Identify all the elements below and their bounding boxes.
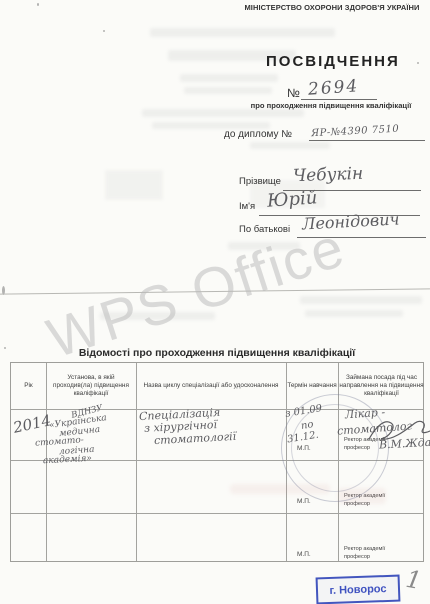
firstname-label: Ім'я [239,201,255,212]
certificate-number-value: 2694 [307,76,360,100]
rector-signature-flourish [363,415,430,443]
bleed-through-text [305,310,403,317]
certificate-subtitle: про проходження підвищення кваліфікації [236,101,426,110]
bleed-through-text [142,109,304,117]
header-course: Назва циклу спеціалізації або удосконале… [136,363,286,409]
row2-seal-label: М.П. [297,498,311,505]
scan-speck [37,3,39,6]
scan-speck [417,62,419,64]
table-title: Відомості про проходження підвищення ква… [15,347,419,359]
bleed-through-text [180,74,278,82]
scan-speck [4,347,6,349]
certificate-number-label: № [287,86,300,100]
surname-value: Чебукін [293,164,364,186]
bleed-through-text [152,122,270,129]
number-underline [301,99,377,100]
city-rectangular-stamp: г. Новорос [316,575,401,604]
patronymic-value: Леонідович [302,209,400,233]
diploma-number-value: ЯР-№4390 7510 [311,124,400,140]
signer-line: Ректор академії [344,546,406,554]
row1-institution-line: академія» [43,454,92,467]
firstname-value: Юрій [266,187,318,211]
patronymic-label: По батькові [239,224,290,235]
row3-seal-label: М.П. [297,551,311,558]
bleed-through-text [228,242,300,250]
diploma-label: до диплому № [224,129,292,140]
fold-line [0,288,430,294]
bleed-through-text [100,312,215,320]
ministry-heading: МІНІСТЕРСТВО ОХОРОНИ ЗДОРОВ'Я УКРАЇНИ [237,3,427,12]
diploma-underline [309,140,425,141]
bleed-through-text [300,296,422,304]
patronymic-underline [297,237,426,238]
bleed-through-text [105,170,163,200]
bleed-through-text [150,28,335,37]
header-year: Рік [11,363,46,409]
signer-line: професор [344,554,406,562]
wps-office-watermark: WPS Office [39,176,430,371]
certificate-page: МІНІСТЕРСТВО ОХОРОНИ ЗДОРОВ'Я УКРАЇНИ ПО… [0,0,430,604]
certificate-title: ПОСВІДЧЕННЯ [266,53,400,70]
table-divider [11,513,423,514]
page-number-mark: 1 [404,565,424,595]
scan-speck [103,30,105,32]
surname-label: Прізвище [239,176,281,187]
bleed-through-text [250,142,330,149]
bleed-through-text [184,87,272,94]
header-institution: Установа, в якій проходив(ла) підвищення… [46,363,136,409]
row3-signer-title: Ректор академії професор [344,546,406,561]
